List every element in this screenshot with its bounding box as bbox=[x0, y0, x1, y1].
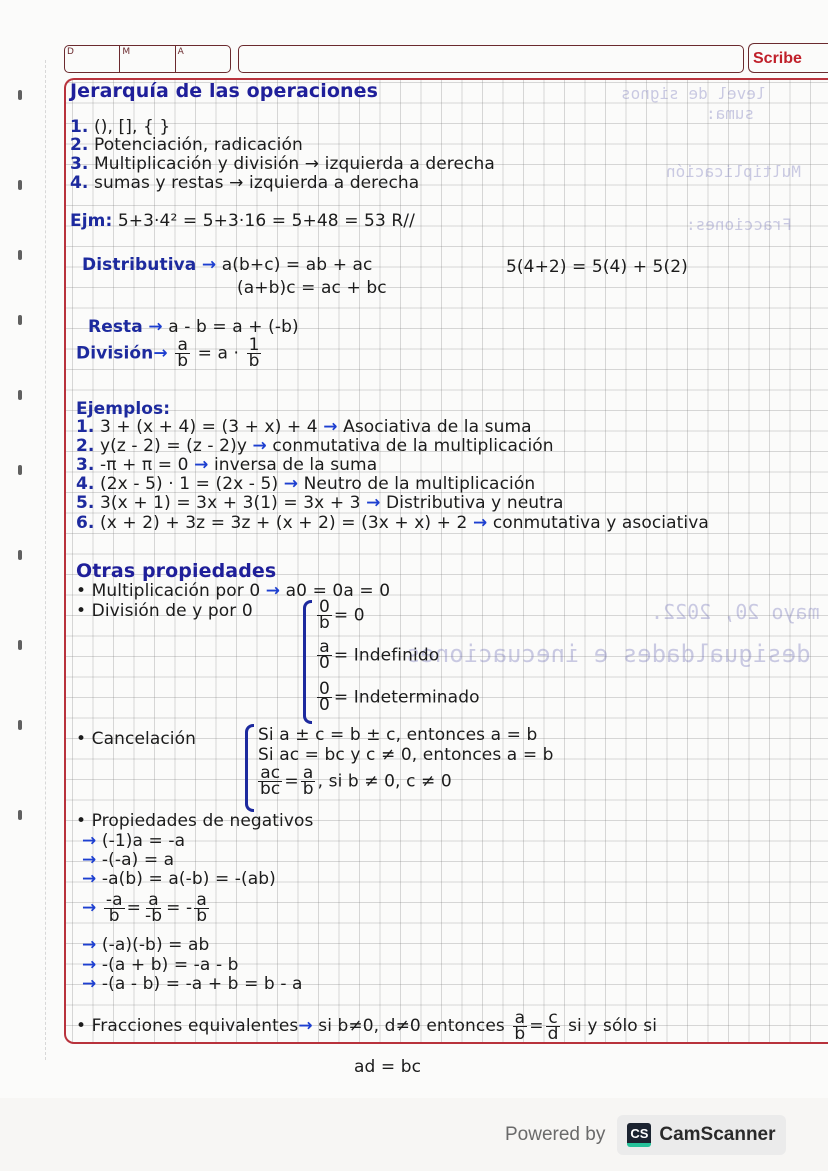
example-desc: Neutro de la multiplicación bbox=[304, 474, 536, 494]
camscanner-watermark: Powered by CS CamScanner bbox=[505, 1115, 786, 1155]
arrow-icon: → bbox=[82, 850, 96, 870]
arrow-icon: → bbox=[153, 344, 167, 364]
property-label: • Propiedades de negativos bbox=[76, 812, 314, 830]
division-label: División bbox=[76, 344, 153, 364]
formula: , si b ≠ 0, c ≠ 0 bbox=[318, 772, 452, 792]
subtraction-label: Resta bbox=[88, 317, 143, 337]
property-label: • Cancelación bbox=[76, 730, 196, 748]
fraction: 1b bbox=[247, 338, 262, 369]
title-box bbox=[238, 45, 744, 73]
denominator: b bbox=[175, 354, 190, 369]
arrow-icon: → bbox=[194, 455, 208, 475]
formula: -(a + b) = -a - b bbox=[102, 955, 239, 975]
div-zero-case: 00= Indeterminado bbox=[315, 682, 480, 713]
example-expr: 3 + (x + 4) = (3 + x) + 4 bbox=[100, 417, 318, 437]
arrow-icon: → bbox=[82, 935, 96, 955]
denominator: d bbox=[546, 1027, 561, 1042]
arrow-icon: → bbox=[82, 898, 96, 918]
arrow-icon: → bbox=[229, 173, 243, 193]
arrow-icon: → bbox=[266, 581, 280, 601]
fraction: -ab bbox=[104, 893, 125, 924]
example-item: 1. 3 + (x + 4) = (3 + x) + 4 → Asociativ… bbox=[76, 418, 532, 436]
division-line: División→ ab = a · 1b bbox=[76, 338, 263, 369]
brace-icon bbox=[303, 600, 312, 724]
powered-by-text: Powered by bbox=[505, 1124, 605, 1146]
page-title: Jerarquía de las operaciones bbox=[70, 82, 378, 100]
cancel-line: acbc=ab, si b ≠ 0, c ≠ 0 bbox=[256, 766, 452, 797]
formula: -a(b) = a(-b) = -(ab) bbox=[102, 869, 276, 889]
fraction: acbc bbox=[258, 766, 282, 797]
example-label: Ejm: bbox=[70, 211, 112, 231]
property-label: • División de y por 0 bbox=[76, 602, 253, 620]
cancel-line: Si a ± c = b ± c, entonces a = b bbox=[258, 726, 537, 744]
denominator: bc bbox=[258, 782, 282, 797]
subtraction-line: Resta → a - b = a + (-b) bbox=[88, 318, 299, 336]
arrow-icon: → bbox=[202, 255, 216, 275]
camscanner-logo-icon: CS bbox=[627, 1123, 651, 1147]
arrow-icon: → bbox=[284, 474, 298, 494]
denominator: b bbox=[301, 782, 316, 797]
case-result: = Indeterminado bbox=[334, 688, 480, 708]
negative-property: → (-a)(-b) = ab bbox=[82, 936, 209, 954]
fraction: 0b bbox=[317, 600, 332, 631]
binding-holes bbox=[18, 90, 24, 850]
arrow-icon: → bbox=[82, 974, 96, 994]
case-result: = 0 bbox=[334, 606, 365, 626]
hierarchy-item: 3. Multiplicación y división → izquierda… bbox=[70, 155, 495, 173]
examples-title: Ejemplos: bbox=[76, 400, 170, 418]
binding-hole bbox=[18, 720, 22, 730]
ghost-text: suma: bbox=[706, 104, 754, 123]
example-desc: conmutativa y asociativa bbox=[493, 513, 709, 533]
formula: (-1)a = -a bbox=[102, 831, 185, 851]
example-desc: Distributiva y neutra bbox=[386, 493, 564, 513]
property-label: • Fracciones equivalentes bbox=[76, 1016, 298, 1036]
binding-hole bbox=[18, 640, 22, 650]
equiv-result: ad = bc bbox=[354, 1058, 421, 1076]
example-expr: y(z - 2) = (z - 2)y bbox=[100, 436, 247, 456]
formula: si y sólo si bbox=[568, 1016, 657, 1036]
camscanner-badge: CS CamScanner bbox=[617, 1115, 785, 1155]
date-year-label: A bbox=[176, 46, 230, 72]
camscanner-brand: CamScanner bbox=[659, 1124, 775, 1146]
hierarchy-item: 2. Potenciación, radicación bbox=[70, 136, 303, 154]
formula: -(a - b) = -a + b = b - a bbox=[102, 974, 303, 994]
arrow-icon: → bbox=[82, 831, 96, 851]
item-text: Multiplicación y división bbox=[94, 154, 299, 174]
arrow-icon: → bbox=[298, 1016, 312, 1036]
ghost-text: mayo 20, 2022. bbox=[651, 600, 820, 624]
fraction: a0 bbox=[317, 640, 332, 671]
item-number: 6. bbox=[76, 513, 95, 533]
arrow-icon: → bbox=[305, 154, 319, 174]
negative-property: → -a(b) = a(-b) = -(ab) bbox=[82, 870, 276, 888]
property-label: • Multiplicación por 0 bbox=[76, 581, 260, 601]
equiv-fractions-line: • Fracciones equivalentes→ si b≠0, d≠0 e… bbox=[76, 1010, 657, 1042]
fraction: ab bbox=[194, 893, 209, 924]
negative-property: → -(a + b) = -a - b bbox=[82, 956, 239, 974]
formula: = bbox=[529, 1016, 543, 1036]
example-item: 6. (x + 2) + 3z = 3z + (x + 2) = (3x + x… bbox=[76, 514, 709, 532]
arrow-icon: → bbox=[253, 436, 267, 456]
item-number: 1. bbox=[70, 117, 89, 137]
binding-hole bbox=[18, 90, 22, 100]
distributive-label: Distributiva bbox=[82, 255, 196, 275]
item-text: (), [], { } bbox=[94, 117, 170, 137]
example-expr: -π + π = 0 bbox=[100, 455, 189, 475]
example-expr: (x + 2) + 3z = 3z + (x + 2) = (3x + x) +… bbox=[100, 513, 467, 533]
cancel-line: Si ac = bc y c ≠ 0, entonces a = b bbox=[258, 746, 554, 764]
ghost-text: level de signos bbox=[621, 84, 766, 103]
formula: a - b = a + (-b) bbox=[168, 317, 298, 337]
item-number: 2. bbox=[76, 436, 95, 456]
hierarchy-item: 1. (), [], { } bbox=[70, 118, 170, 136]
binding-hole bbox=[18, 315, 22, 325]
formula: (-a)(-b) = ab bbox=[102, 935, 210, 955]
formula: = bbox=[284, 772, 298, 792]
denominator: b bbox=[194, 909, 209, 924]
ghost-text: Multiplicación bbox=[666, 162, 801, 181]
denominator: b bbox=[317, 616, 332, 631]
arrow-icon: → bbox=[82, 869, 96, 889]
denominator: b bbox=[247, 354, 262, 369]
item-number: 2. bbox=[70, 135, 89, 155]
item-text: sumas y restas bbox=[94, 173, 224, 193]
arrow-icon: → bbox=[323, 417, 337, 437]
brand-logo: Scribe bbox=[748, 43, 828, 73]
denominator: b bbox=[107, 909, 122, 924]
denominator: 0 bbox=[317, 698, 332, 713]
margin-line bbox=[45, 60, 46, 1060]
item-text: izquierda a derecha bbox=[325, 154, 495, 174]
binding-hole bbox=[18, 810, 22, 820]
ghost-text: Fracciones: bbox=[686, 215, 792, 234]
example-expr: 3(x + 1) = 3x + 3(1) = 3x + 3 bbox=[100, 493, 361, 513]
negative-property: → -(-a) = a bbox=[82, 851, 174, 869]
negative-property: → (-1)a = -a bbox=[82, 832, 185, 850]
fraction: ab bbox=[175, 338, 190, 369]
negative-property: → -(a - b) = -a + b = b - a bbox=[82, 975, 303, 993]
item-number: 3. bbox=[76, 455, 95, 475]
ghost-text: desigualdades e inecuaciones bbox=[406, 640, 811, 668]
example-item: 2. y(z - 2) = (z - 2)y → conmutativa de … bbox=[76, 437, 554, 455]
distributive-example: 5(4+2) = 5(4) + 5(2) bbox=[506, 258, 688, 276]
binding-hole bbox=[18, 390, 22, 400]
denominator: b bbox=[512, 1027, 527, 1042]
formula: -(-a) = a bbox=[102, 850, 174, 870]
example-item: 3. -π + π = 0 → inversa de la suma bbox=[76, 456, 377, 474]
arrow-icon: → bbox=[148, 317, 162, 337]
denominator: 0 bbox=[317, 656, 332, 671]
item-number: 4. bbox=[76, 474, 95, 494]
negative-property: → -ab=a-b= -ab bbox=[82, 888, 211, 928]
distributive-line: Distributiva → a(b+c) = ab + ac bbox=[82, 256, 373, 274]
fraction: ab bbox=[512, 1011, 527, 1042]
formula: a(b+c) = ab + ac bbox=[222, 255, 373, 275]
item-text: izquierda a derecha bbox=[249, 173, 419, 193]
example-expr: (2x - 5) · 1 = (2x - 5) bbox=[100, 474, 278, 494]
arrow-icon: → bbox=[366, 493, 380, 513]
example-desc: Asociativa de la suma bbox=[343, 417, 532, 437]
case-result: = Indefinido bbox=[334, 646, 439, 666]
binding-hole bbox=[18, 465, 22, 475]
fraction: a-b bbox=[143, 893, 164, 924]
date-box: D M A bbox=[64, 45, 231, 73]
arrow-icon: → bbox=[82, 955, 96, 975]
denominator: -b bbox=[143, 909, 164, 924]
date-day-label: D bbox=[65, 46, 120, 72]
formula: si b≠0, d≠0 entonces bbox=[318, 1016, 505, 1036]
other-properties-title: Otras propiedades bbox=[76, 562, 276, 580]
fraction: ab bbox=[301, 766, 316, 797]
formula: = a · bbox=[198, 344, 239, 364]
formula: = bbox=[127, 898, 141, 918]
formula: (a+b)c = ac + bc bbox=[237, 279, 387, 297]
fraction: 00 bbox=[317, 682, 332, 713]
item-number: 5. bbox=[76, 493, 95, 513]
item-number: 1. bbox=[76, 417, 95, 437]
example-desc: conmutativa de la multiplicación bbox=[272, 436, 553, 456]
example-item: 4. (2x - 5) · 1 = (2x - 5) → Neutro de l… bbox=[76, 475, 535, 493]
brace-icon bbox=[245, 724, 254, 812]
formula: = - bbox=[166, 898, 192, 918]
example-desc: inversa de la suma bbox=[214, 455, 377, 475]
mult-zero-line: • Multiplicación por 0 → a0 = 0a = 0 bbox=[76, 582, 390, 600]
div-zero-case: 0b= 0 bbox=[315, 600, 365, 631]
notebook-page: D M A Scribe level de signos suma: Multi… bbox=[0, 0, 828, 1098]
example-text: 5+3·4² = 5+3·16 = 5+48 = 53 R// bbox=[118, 211, 415, 231]
hierarchy-item: 4. sumas y restas → izquierda a derecha bbox=[70, 174, 419, 192]
item-text: Potenciación, radicación bbox=[94, 135, 303, 155]
div-zero-case: a0= Indefinido bbox=[315, 640, 439, 671]
binding-hole bbox=[18, 250, 22, 260]
example-item: 5. 3(x + 1) = 3x + 3(1) = 3x + 3 → Distr… bbox=[76, 494, 564, 512]
formula: a0 = 0a = 0 bbox=[286, 581, 391, 601]
date-month-label: M bbox=[120, 46, 175, 72]
item-number: 4. bbox=[70, 173, 89, 193]
item-number: 3. bbox=[70, 154, 89, 174]
example-line: Ejm: 5+3·4² = 5+3·16 = 5+48 = 53 R// bbox=[70, 212, 415, 230]
fraction: cd bbox=[546, 1011, 561, 1042]
binding-hole bbox=[18, 550, 22, 560]
arrow-icon: → bbox=[473, 513, 487, 533]
binding-hole bbox=[18, 180, 22, 190]
